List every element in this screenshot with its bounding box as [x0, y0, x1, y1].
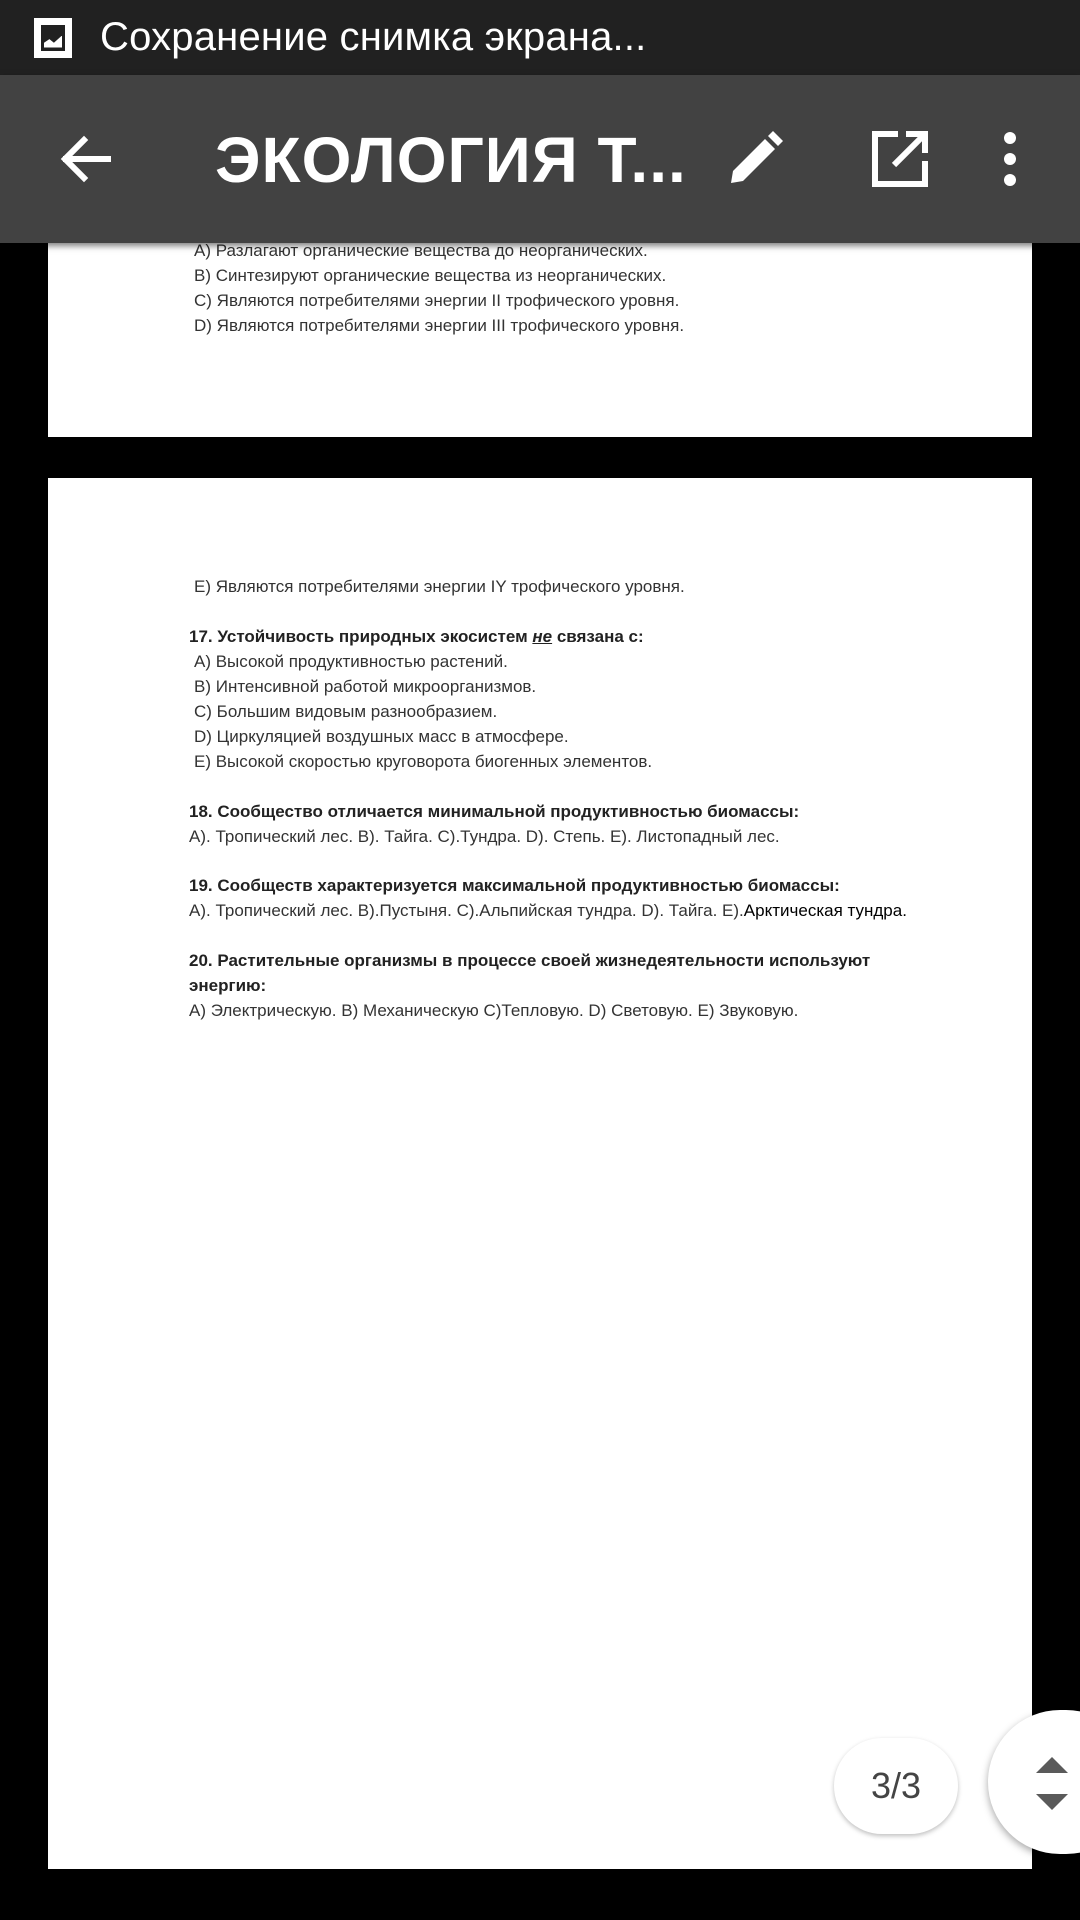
- open-external-icon: [870, 129, 930, 189]
- q17-option-e: E) Высокой скоростью круговорота биогенн…: [194, 752, 652, 772]
- pencil-icon: [725, 129, 785, 189]
- document-title: ЭКОЛОГИЯ Т...: [215, 123, 687, 197]
- pdf-page-3: E) Являются потребителями энергии IY тро…: [48, 478, 1032, 1869]
- app-toolbar: ЭКОЛОГИЯ Т...: [0, 75, 1080, 243]
- q19-answers: A). Тропический лес. B).Пустыня. C).Альп…: [189, 901, 907, 921]
- option-a: A) Разлагают органические вещества до не…: [194, 241, 648, 261]
- arrow-up-icon[interactable]: [1036, 1757, 1068, 1773]
- option-c: C) Являются потребителями энергии II тро…: [194, 291, 679, 311]
- q20-question-line1: 20. Растительные организмы в процессе св…: [189, 951, 870, 971]
- option-d: D) Являются потребителями энергии III тр…: [194, 316, 684, 336]
- q17-option-c: C) Большим видовым разнообразием.: [194, 702, 497, 722]
- q16-option-e: E) Являются потребителями энергии IY тро…: [194, 577, 685, 597]
- edit-button[interactable]: [715, 119, 795, 199]
- status-text: Сохранение снимка экрана...: [100, 15, 646, 60]
- screenshot-icon: [34, 18, 72, 58]
- q17-option-d: D) Циркуляцией воздушных масс в атмосфер…: [194, 727, 569, 747]
- more-vert-icon: [1000, 131, 1020, 187]
- arrow-down-icon[interactable]: [1036, 1794, 1068, 1810]
- q19-question: 19. Сообществ характеризуется максимальн…: [189, 876, 840, 896]
- q19-answers-tail: Арктическая тундра.: [744, 901, 907, 920]
- q19-answers-main: A). Тропический лес. B).Пустыня. C).Альп…: [189, 901, 744, 920]
- more-options-button[interactable]: [985, 119, 1035, 199]
- q17-emphasis: не: [532, 627, 552, 646]
- q17-option-b: B) Интенсивной работой микроорганизмов.: [194, 677, 536, 697]
- q18-answers: A). Тропический лес. B). Тайга. C).Тундр…: [189, 827, 780, 847]
- q17-question: 17. Устойчивость природных экосистем не …: [189, 627, 644, 647]
- status-bar: Сохранение снимка экрана...: [0, 0, 1080, 75]
- option-b: B) Синтезируют органические вещества из …: [194, 266, 666, 286]
- open-external-button[interactable]: [860, 119, 940, 199]
- q20-answers: A) Электрическую. B) Механическую C)Тепл…: [189, 1001, 798, 1021]
- q18-question: 18. Сообщество отличается минимальной пр…: [189, 802, 799, 822]
- back-button[interactable]: [40, 124, 130, 194]
- q20-question-line2: энергию:: [189, 976, 266, 996]
- q17-suffix: связана с:: [552, 627, 644, 646]
- arrow-back-icon: [58, 135, 112, 183]
- q17-prefix: 17. Устойчивость природных экосистем: [189, 627, 532, 646]
- q17-option-a: A) Высокой продуктивностью растений.: [194, 652, 508, 672]
- page-indicator: 3/3: [834, 1738, 958, 1834]
